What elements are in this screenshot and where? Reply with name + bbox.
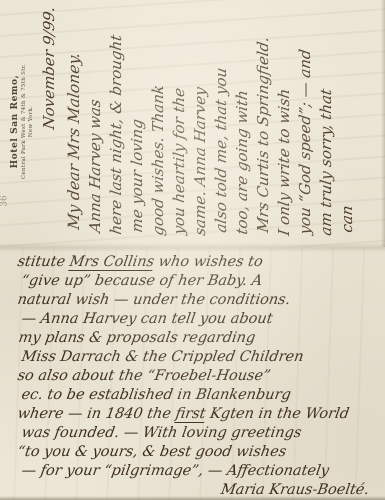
handwriting-line: — Anna Harvey can tell you about	[16, 310, 382, 329]
line-text: so also about the “Froebel-House”	[16, 368, 271, 384]
handwriting-line: you “God speed”; — and	[295, 3, 316, 237]
line-text: stitute	[16, 254, 71, 270]
handwriting-line: am truly sorry, that	[316, 3, 337, 237]
line-text: “give up” because of her Baby. A	[20, 273, 263, 289]
line-text: — for your “pilgrimage”, — Affectionatel…	[20, 463, 330, 479]
line-text: Miss Darrach & the Crippled Children	[20, 349, 304, 365]
handwriting-line: here last night, & brought	[106, 3, 127, 237]
line-text: where — in 1840 the	[16, 406, 177, 422]
line-text: natural wish — under the conditions.	[16, 292, 291, 308]
date-line: November 9/99.	[40, 3, 58, 237]
line-text: Kgten in the World	[204, 406, 350, 422]
letter-page-2: stitute Mrs Collins who wishes to “give …	[0, 247, 385, 500]
line-text: who wishes to	[153, 254, 264, 270]
page-1-rotated-content: Hotel San Remo, Central Park West & 74th…	[0, 0, 385, 247]
handwriting-line: you heartily for the	[169, 3, 190, 237]
line-text: my plans & proposals regarding	[17, 330, 256, 346]
letterhead: Hotel San Remo, Central Park West & 74th…	[10, 6, 36, 237]
page-1-body: My dear Mrs Maloney. Anna Harvey was her…	[64, 6, 358, 237]
handwriting-line: me your loving	[127, 3, 148, 237]
line-text: — Anna Harvey can tell you about	[20, 311, 274, 327]
letter-page-1: Hotel San Remo, Central Park West & 74th…	[0, 0, 385, 247]
handwriting-line: also told me, that you	[211, 3, 232, 237]
handwriting-line: my plans & proposals regarding	[16, 329, 382, 348]
handwriting-line: — for your “pilgrimage”, — Affectionatel…	[16, 462, 382, 481]
letterhead-address: Central Park West & 74th & 75th Str.	[21, 6, 28, 237]
handwriting-line: My dear Mrs Maloney.	[64, 3, 85, 237]
handwriting-line: ec. to be established in Blankenburg	[16, 386, 382, 405]
letterhead-hotel-name: Hotel San Remo,	[10, 6, 21, 237]
handwriting-line: was founded. — With loving greetings	[16, 424, 382, 443]
handwriting-line: stitute Mrs Collins who wishes to	[16, 253, 382, 272]
handwriting-line: Anna Harvey was	[85, 3, 106, 237]
handwriting-line: Mrs Curtis to Springfield.	[253, 3, 274, 237]
handwriting-line: “give up” because of her Baby. A	[16, 272, 382, 291]
line-text: was founded. — With loving greetings	[20, 425, 302, 441]
handwriting-line-partial: can	[337, 3, 358, 237]
line-text: ec. to be established in Blankenburg	[20, 387, 292, 403]
handwriting-line: Miss Darrach & the Crippled Children	[16, 348, 382, 367]
handwriting-line: so also about the “Froebel-House”	[16, 367, 382, 386]
handwriting-line: same. Anna Harvey	[190, 3, 211, 237]
margin-page-number: 36	[0, 195, 10, 206]
underlined-text: Mrs Collins	[68, 254, 155, 271]
page-seam	[0, 243, 385, 252]
letterhead-city: New York.	[28, 6, 35, 237]
handwriting-line: “to you & yours, & best good wishes	[16, 443, 382, 462]
handwriting-line: I only write to wish	[274, 3, 295, 237]
line-text: “to you & yours, & best good wishes	[16, 444, 287, 460]
handwriting-line: where — in 1840 the first Kgten in the W…	[16, 405, 382, 424]
handwriting-line: natural wish — under the conditions.	[16, 291, 382, 310]
handwriting-line: good wishes. Thank	[148, 3, 169, 237]
letter-scan: Hotel San Remo, Central Park West & 74th…	[0, 0, 385, 500]
underlined-text: first	[174, 406, 207, 423]
scan-bottom-edge	[0, 496, 385, 500]
page-edge-shadow	[381, 0, 385, 247]
handwriting-line: too, are going with	[232, 3, 253, 237]
